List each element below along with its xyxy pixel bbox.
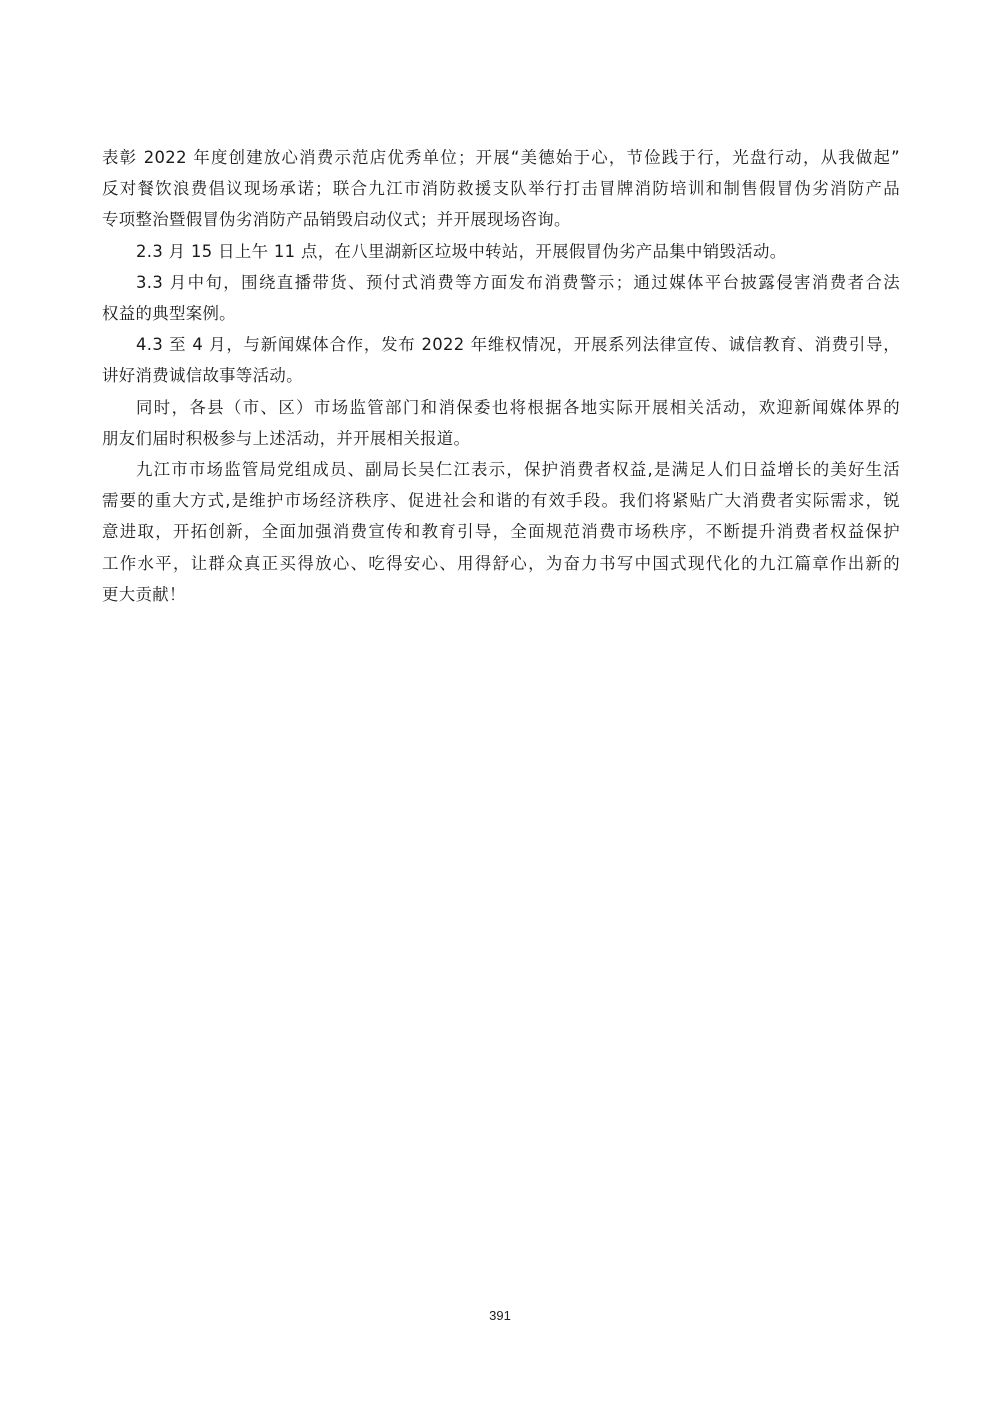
text-line: 九江市市场监管局党组成员、副局长吴仁江表示，保护消费者权益,是满足人们日益增长的… — [102, 454, 900, 485]
text-line: 需要的重大方式,是维护市场经济秩序、促进社会和谐的有效手段。我们将紧贴广大消费者… — [102, 485, 900, 516]
text-line: 更大贡献！ — [102, 579, 900, 610]
paragraph-item-3-warnings: 3.3 月中旬，围绕直播带货、预付式消费等方面发布消费警示；通过媒体平台披露侵害… — [102, 267, 900, 329]
paragraph-commendation-continued: 表彰 2022 年度创建放心消费示范店优秀单位；开展“美德始于心，节俭践于行，光… — [102, 142, 900, 236]
paragraph-item-4-media: 4.3 至 4 月，与新闻媒体合作，发布 2022 年维权情况，开展系列法律宣传… — [102, 329, 900, 391]
text-line: 3.3 月中旬，围绕直播带货、预付式消费等方面发布消费警示；通过媒体平台披露侵害… — [102, 267, 900, 298]
document-page: 表彰 2022 年度创建放心消费示范店优秀单位；开展“美德始于心，节俭践于行，光… — [0, 0, 1000, 1414]
text-line: 反对餐饮浪费倡议现场承诺；联合九江市消防救援支队举行打击冒牌消防培训和制售假冒伪… — [102, 173, 900, 204]
body-text: 表彰 2022 年度创建放心消费示范店优秀单位；开展“美德始于心，节俭践于行，光… — [102, 142, 900, 610]
paragraph-county-activities: 同时，各县（市、区）市场监管部门和消保委也将根据各地实际开展相关活动，欢迎新闻媒… — [102, 392, 900, 454]
text-line: 朋友们届时积极参与上述活动，并开展相关报道。 — [102, 423, 900, 454]
paragraph-official-statement: 九江市市场监管局党组成员、副局长吴仁江表示，保护消费者权益,是满足人们日益增长的… — [102, 454, 900, 610]
text-line: 权益的典型案例。 — [102, 298, 900, 329]
text-line: 讲好消费诚信故事等活动。 — [102, 360, 900, 391]
page-number: 391 — [0, 1308, 1000, 1323]
text-line: 意进取，开拓创新，全面加强消费宣传和教育引导，全面规范消费市场秩序，不断提升消费… — [102, 516, 900, 547]
text-line: 2.3 月 15 日上午 11 点，在八里湖新区垃圾中转站，开展假冒伪劣产品集中… — [102, 236, 900, 267]
paragraph-item-2-destruction: 2.3 月 15 日上午 11 点，在八里湖新区垃圾中转站，开展假冒伪劣产品集中… — [102, 236, 900, 267]
text-line: 工作水平，让群众真正买得放心、吃得安心、用得舒心，为奋力书写中国式现代化的九江篇… — [102, 548, 900, 579]
text-line: 4.3 至 4 月，与新闻媒体合作，发布 2022 年维权情况，开展系列法律宣传… — [102, 329, 900, 360]
text-line: 表彰 2022 年度创建放心消费示范店优秀单位；开展“美德始于心，节俭践于行，光… — [102, 142, 900, 173]
text-line: 同时，各县（市、区）市场监管部门和消保委也将根据各地实际开展相关活动，欢迎新闻媒… — [102, 392, 900, 423]
text-line: 专项整治暨假冒伪劣消防产品销毁启动仪式；并开展现场咨询。 — [102, 204, 900, 235]
